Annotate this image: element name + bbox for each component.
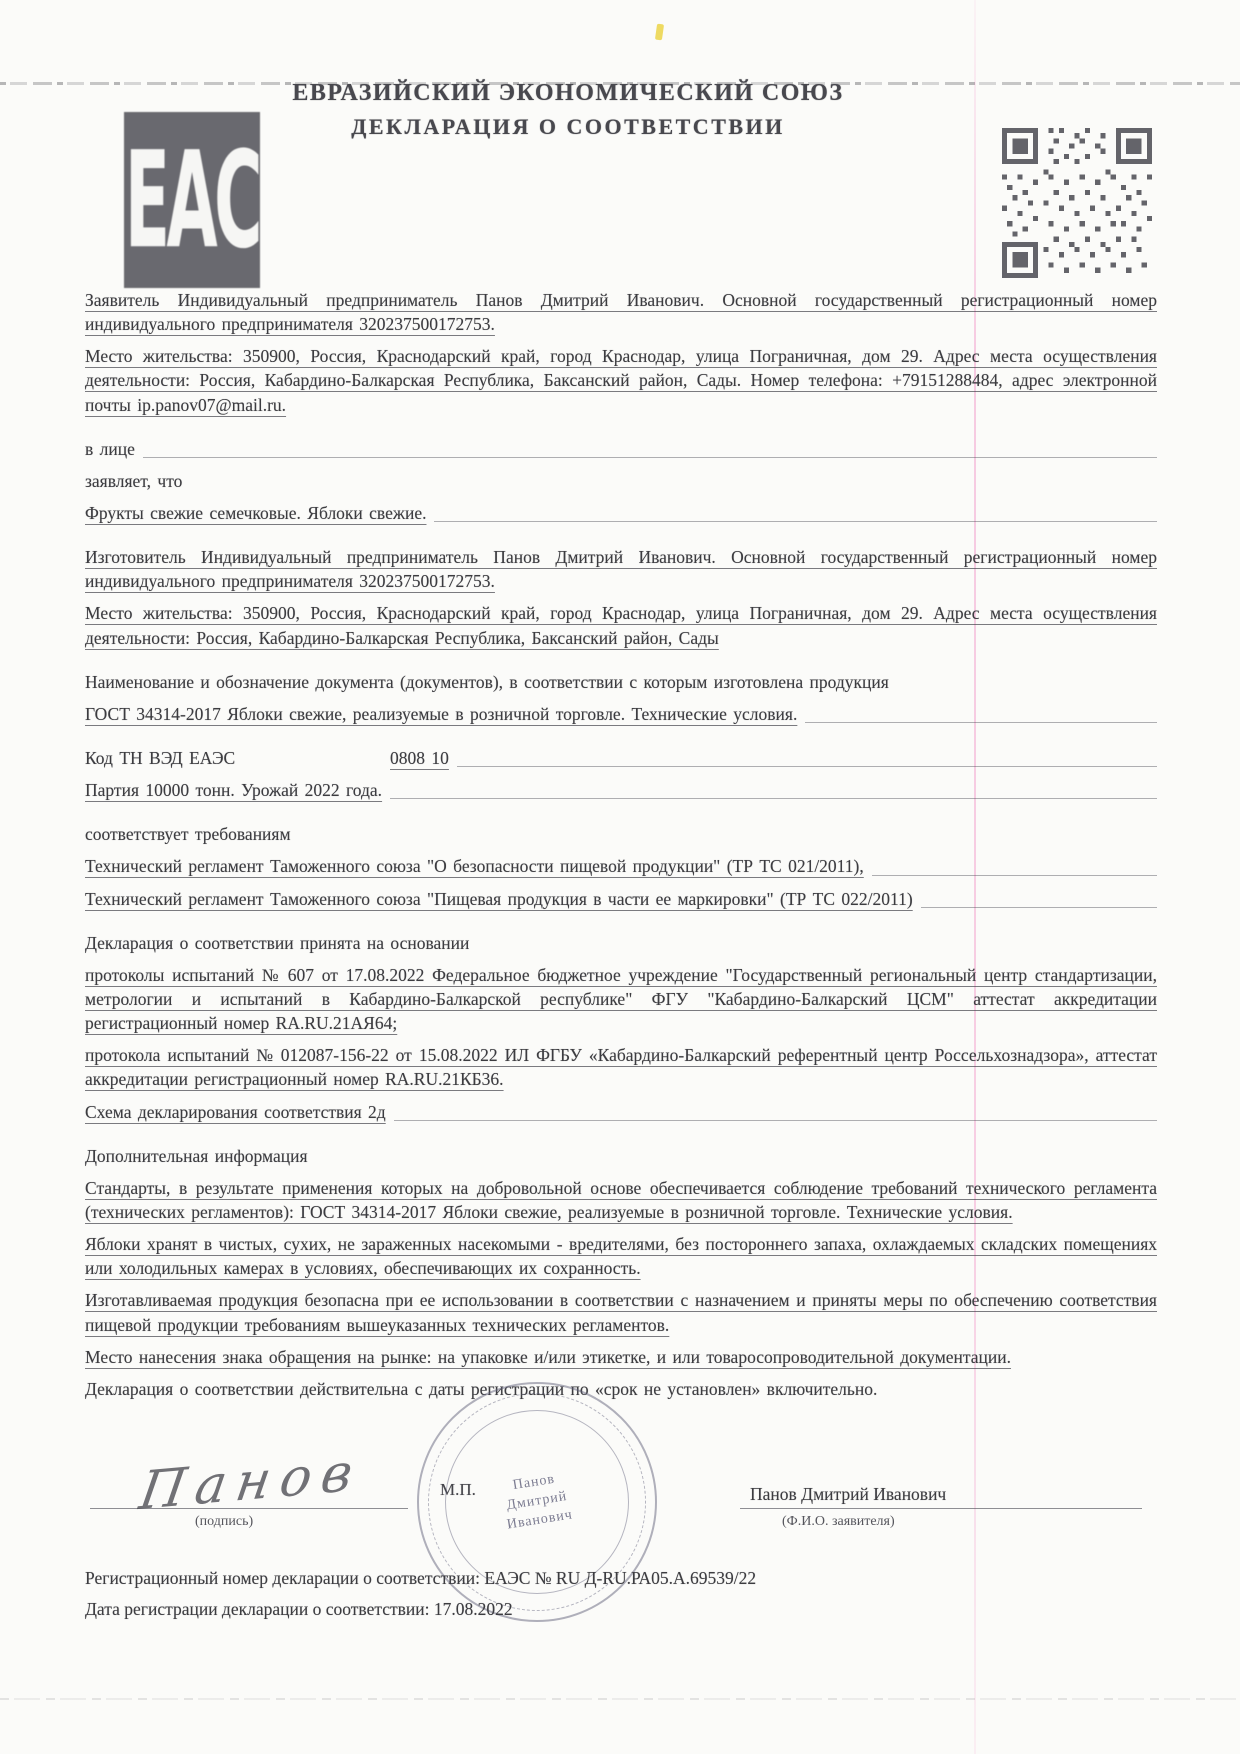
manufacturer-paragraph: Изготовитель Индивидуальный предпринимат…	[85, 545, 1157, 593]
document-header: ЕВРАЗИЙСКИЙ ЭКОНОМИЧЕСКИЙ СОЮЗ ДЕКЛАРАЦИ…	[0, 80, 1188, 140]
regulation-1-row: Технический регламент Таможенного союза …	[85, 854, 1157, 878]
validity-paragraph: Декларация о соответствии действительна …	[85, 1377, 1157, 1401]
scan-artifact-bottom-line	[0, 1698, 1240, 1700]
signature-line	[90, 1508, 408, 1509]
blank-fill-line	[143, 457, 1157, 458]
batch-value: Партия 10000 тонн. Урожай 2022 года.	[85, 778, 382, 802]
declaration-body: Заявитель Индивидуальный предприниматель…	[85, 288, 1157, 1438]
fill-line	[457, 766, 1157, 767]
fill-line	[805, 722, 1157, 723]
fill-line	[872, 875, 1157, 876]
stamp-name-line-1: Панов	[416, 1456, 652, 1512]
registration-date-label: Дата регистрации декларации о соответств…	[85, 1599, 429, 1619]
standards-paragraph: Стандарты, в результате применения котор…	[85, 1176, 1157, 1224]
registration-footer: Регистрационный номер декларации о соотв…	[85, 1566, 1157, 1628]
handwritten-signature: Панов	[136, 1442, 367, 1522]
union-title: ЕВРАЗИЙСКИЙ ЭКОНОМИЧЕСКИЙ СОЮЗ	[0, 80, 1188, 107]
stamp-name-line-3: Иванович	[422, 1493, 658, 1549]
tnved-row: Код ТН ВЭД ЕАЭС0808 10	[85, 746, 1157, 770]
complies-label: соответствует требованиям	[85, 822, 1157, 846]
fill-line	[390, 798, 1157, 799]
eac-letters: ЕАС	[125, 122, 259, 277]
in-person-row: в лице	[85, 437, 1157, 461]
registration-number-value: ЕАЭС № RU Д-RU.РА05.А.69539/22	[484, 1568, 756, 1588]
registration-number-label: Регистрационный номер декларации о соотв…	[85, 1568, 480, 1588]
in-person-label: в лице	[85, 437, 135, 461]
test-protocol-1: протоколы испытаний № 607 от 17.08.2022 …	[85, 963, 1157, 1035]
additional-info-label: Дополнительная информация	[85, 1144, 1157, 1168]
registration-date-value: 17.08.2022	[434, 1599, 513, 1619]
scheme-row: Схема декларирования соответствия 2д	[85, 1100, 1157, 1124]
declaration-title: ДЕКЛАРАЦИЯ О СООТВЕТСТВИИ	[0, 114, 1188, 140]
fill-line	[921, 907, 1157, 908]
regulation-1: Технический регламент Таможенного союза …	[85, 854, 864, 878]
registration-date-row: Дата регистрации декларации о соответств…	[85, 1597, 1157, 1622]
gost-row: ГОСТ 34314-2017 Яблоки свежие, реализуем…	[85, 702, 1157, 726]
safety-paragraph: Изготавливаемая продукция безопасна при …	[85, 1288, 1157, 1336]
batch-row: Партия 10000 тонн. Урожай 2022 года.	[85, 778, 1157, 802]
product-row: Фрукты свежие семечковые. Яблоки свежие.	[85, 501, 1157, 525]
qr-code-icon	[1002, 128, 1152, 278]
gost-value: ГОСТ 34314-2017 Яблоки свежие, реализуем…	[85, 702, 797, 726]
tnved-label: Код ТН ВЭД ЕАЭС	[85, 746, 390, 770]
fill-line	[434, 521, 1157, 522]
manufacturer-address-paragraph: Место жительства: 350900, Россия, Красно…	[85, 601, 1157, 649]
doc-heading: Наименование и обозначение документа (до…	[85, 670, 1157, 694]
regulation-2: Технический регламент Таможенного союза …	[85, 887, 913, 911]
tnved-code: 0808 10	[390, 746, 449, 770]
storage-paragraph: Яблоки хранят в чистых, сухих, не зараже…	[85, 1232, 1157, 1280]
registration-number-row: Регистрационный номер декларации о соотв…	[85, 1566, 1157, 1591]
applicant-paragraph: Заявитель Индивидуальный предприниматель…	[85, 288, 1157, 336]
declaration-document-page: ЕАС ЕВРАЗИЙСКИЙ ЭКОНОМИЧЕСКИЙ СОЮЗ ДЕКЛА…	[0, 0, 1240, 1754]
regulation-2-row: Технический регламент Таможенного союза …	[85, 887, 1157, 911]
signature-caption: (подпись)	[195, 1514, 253, 1530]
declares-label: заявляет, что	[85, 469, 1157, 493]
stamp-center-text: Панов Дмитрий Иванович	[416, 1456, 658, 1549]
test-protocol-2: протокола испытаний № 012087-156-22 от 1…	[85, 1043, 1157, 1091]
qr-modules	[1002, 128, 1152, 278]
full-name-line	[740, 1508, 1142, 1509]
scan-speck	[655, 24, 664, 41]
mark-place-paragraph: Место нанесения знака обращения на рынке…	[85, 1345, 1157, 1369]
full-name-caption: (Ф.И.О. заявителя)	[782, 1514, 895, 1530]
fill-line	[394, 1120, 1157, 1121]
stamp-name-line-2: Дмитрий	[419, 1474, 655, 1530]
applicant-full-name: Панов Дмитрий Иванович	[750, 1484, 946, 1505]
applicant-address-paragraph: Место жительства: 350900, Россия, Красно…	[85, 344, 1157, 416]
product-name: Фрукты свежие семечковые. Яблоки свежие.	[85, 501, 426, 525]
scheme-value: Схема декларирования соответствия 2д	[85, 1100, 386, 1124]
basis-label: Декларация о соответствии принята на осн…	[85, 931, 1157, 955]
